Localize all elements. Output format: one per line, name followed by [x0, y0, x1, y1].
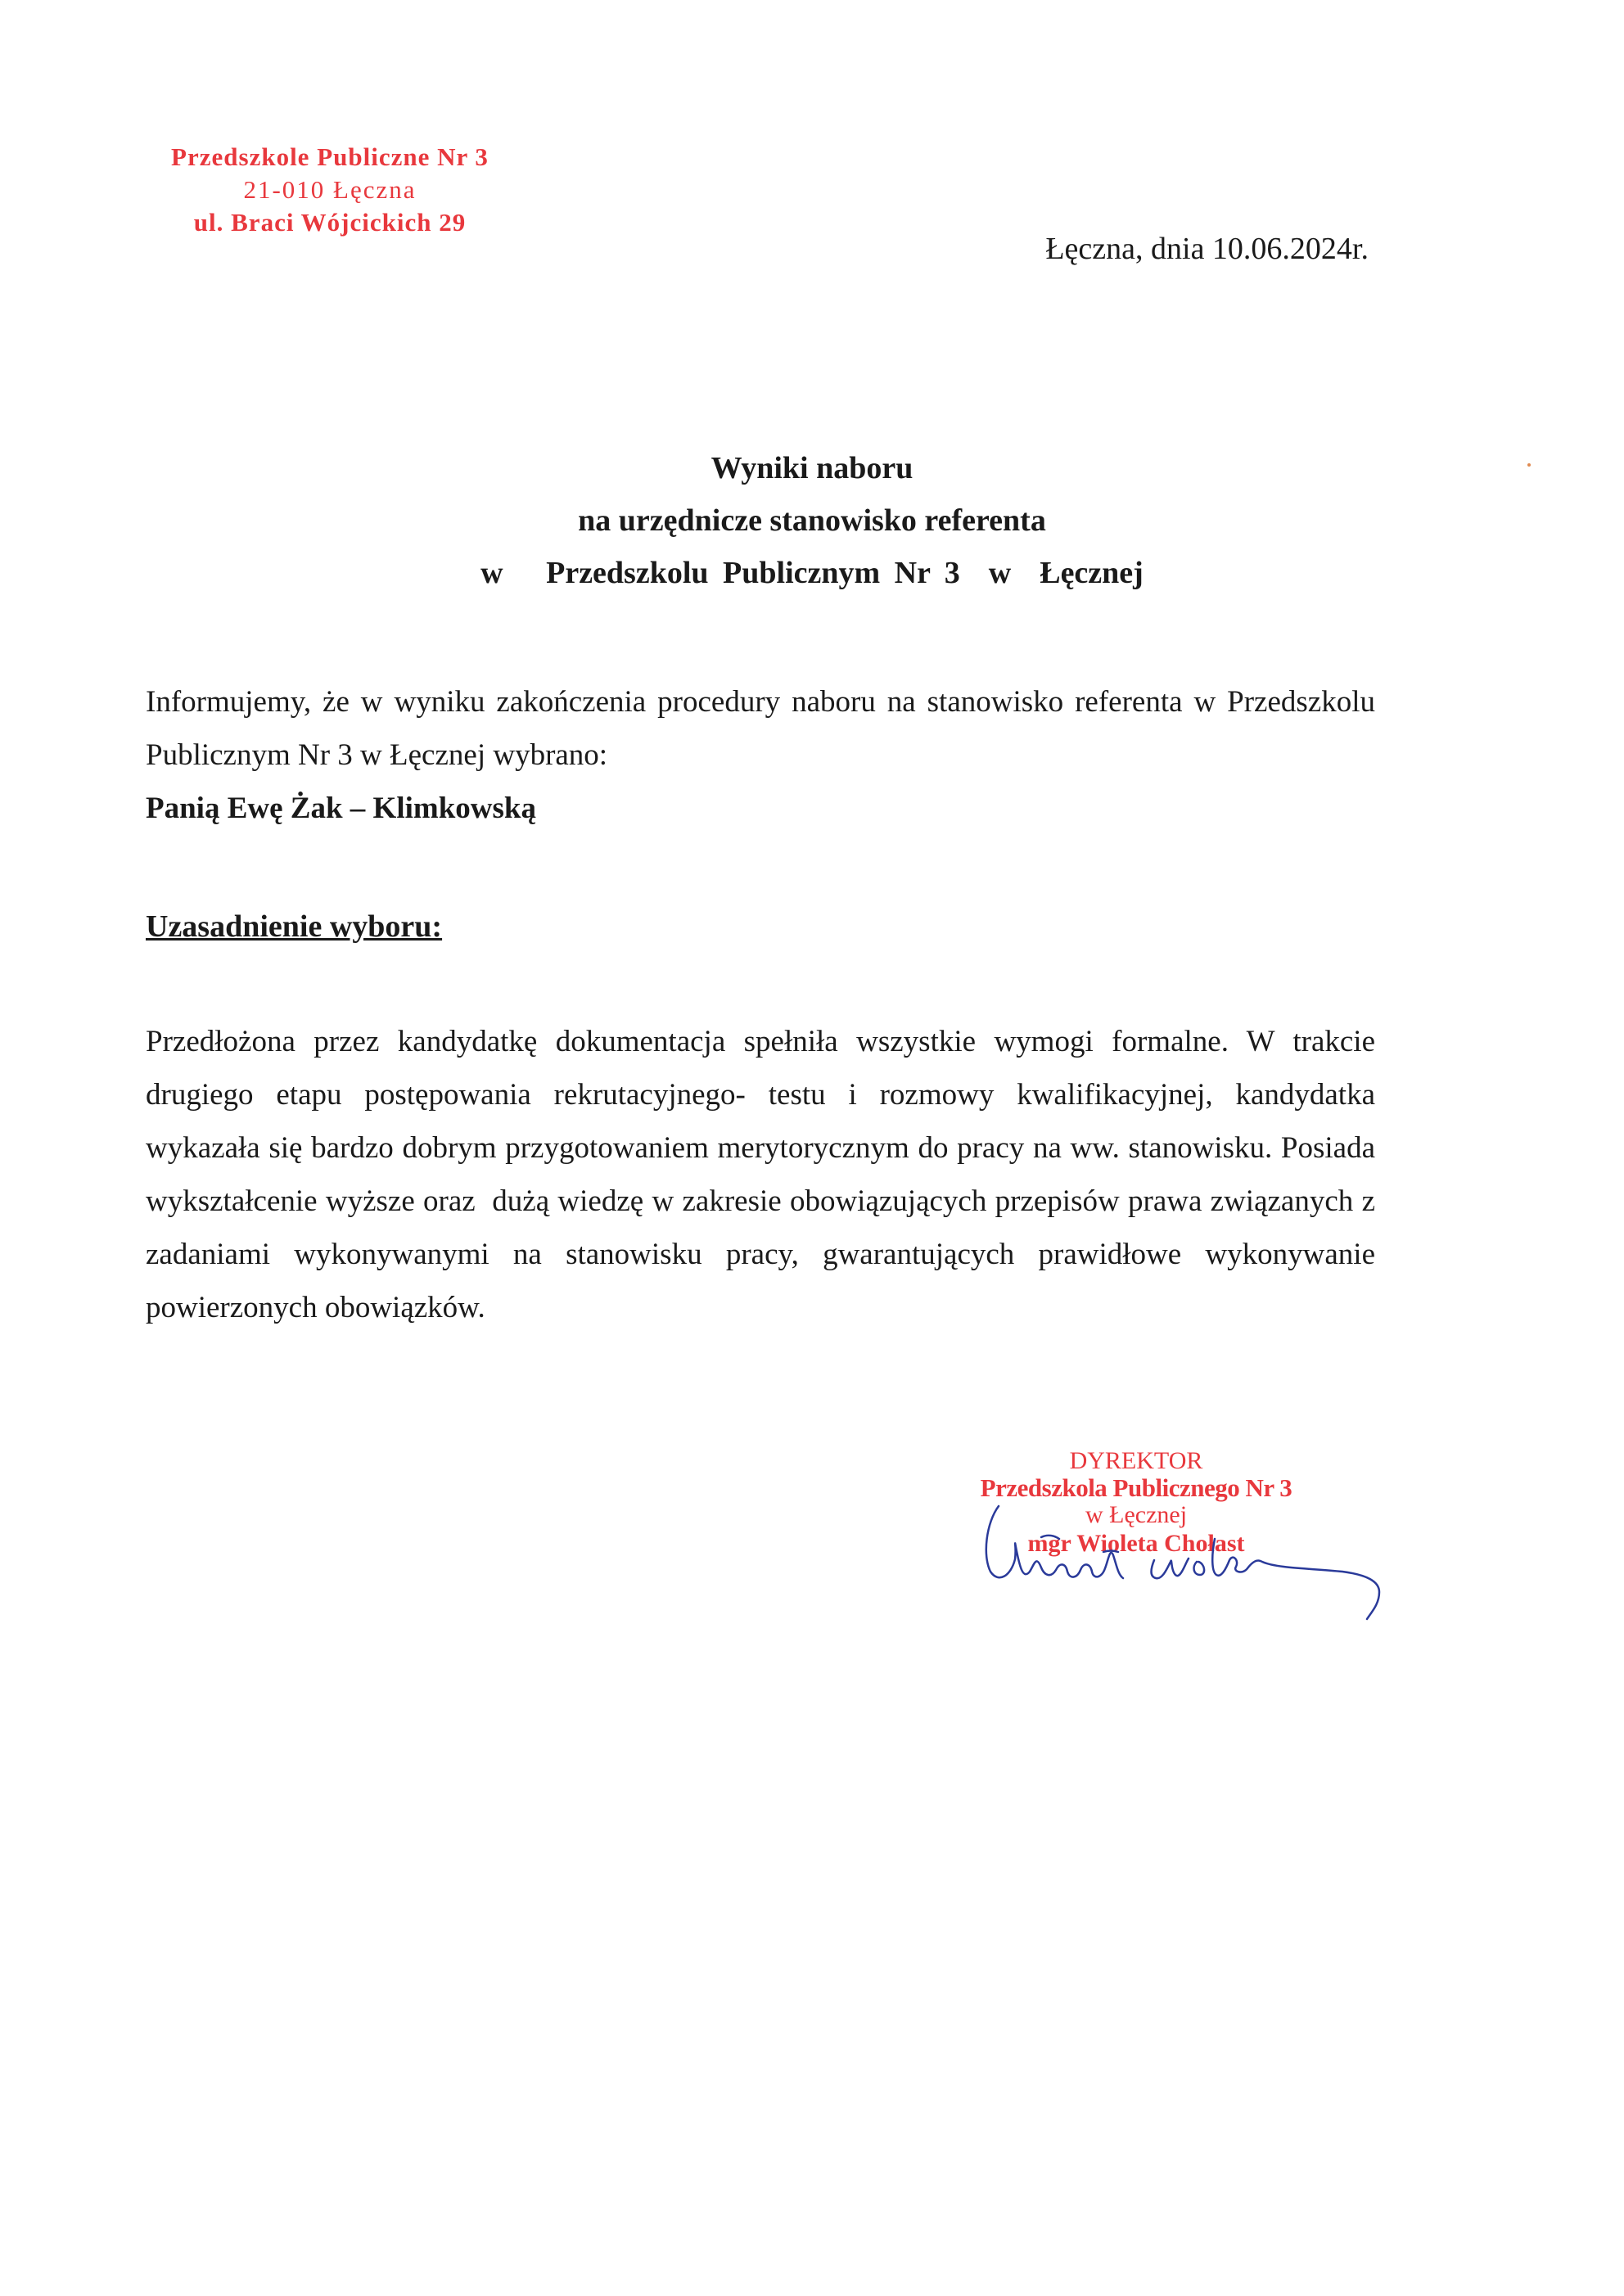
stamp-postal-city: 21-010 Łęczna	[154, 174, 506, 206]
stamp-street: ul. Braci Wójcickich 29	[154, 206, 506, 239]
selected-candidate: Panią Ewę Żak – Klimkowską	[146, 782, 1375, 835]
title-line-1: Wyniki naboru	[0, 442, 1624, 494]
intro-text: Informujemy, że w wyniku zakończenia pro…	[146, 675, 1375, 782]
school-stamp: Przedszkole Publiczne Nr 3 21-010 Łęczna…	[154, 141, 506, 239]
document-title: Wyniki naboru na urzędnicze stanowisko r…	[0, 442, 1624, 599]
stamp-school-name: Przedszkole Publiczne Nr 3	[154, 141, 506, 174]
intro-paragraph: Informujemy, że w wyniku zakończenia pro…	[146, 675, 1375, 835]
title-line-3: w Przedszkolu Publicznym Nr 3 w Łęcznej	[0, 547, 1624, 599]
title-line-2: na urzędnicze stanowisko referenta	[0, 494, 1624, 547]
justification-paragraph: Przedłożona przez kandydatkę dokumentacj…	[146, 1015, 1375, 1334]
handwritten-signature	[966, 1490, 1392, 1621]
justification-heading: Uzasadnienie wyboru:	[146, 909, 442, 945]
date-line: Łęczna, dnia 10.06.2024r.	[1045, 231, 1369, 267]
director-title: DYREKTOR	[964, 1447, 1308, 1474]
